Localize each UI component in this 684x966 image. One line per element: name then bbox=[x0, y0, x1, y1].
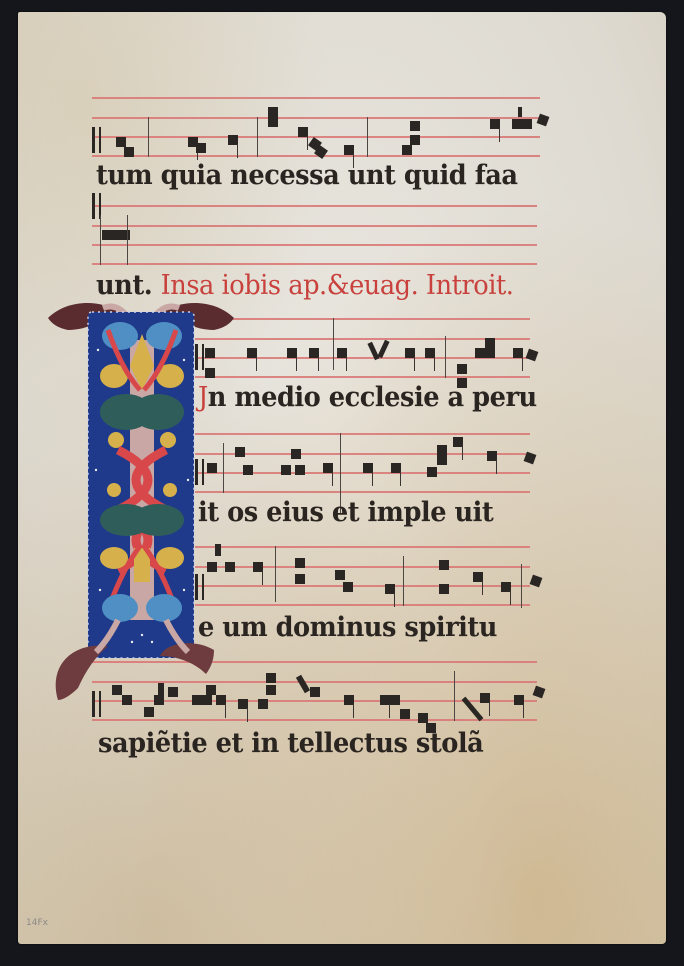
lyric-line-1: tum quia necessa unt quid faa bbox=[96, 160, 518, 191]
staff-3 bbox=[195, 318, 530, 378]
staff-5 bbox=[195, 546, 530, 606]
lyric-line-3: Jn medio ecclesie a peru bbox=[198, 382, 537, 413]
inventory-mark: 14Fx bbox=[26, 918, 48, 928]
staff-1 bbox=[92, 97, 540, 157]
staff-4 bbox=[195, 433, 530, 493]
lyric-line-5: e um dominus spiritu bbox=[198, 612, 497, 643]
lyric-line-4: it os eius et imple uit bbox=[198, 497, 493, 528]
staff-2 bbox=[92, 205, 537, 265]
lyric-text: n medio ecclesie a peru bbox=[208, 382, 537, 413]
lyric-line-6: sapiẽtie et in tellectus stolã bbox=[98, 728, 483, 759]
illuminated-initial-i bbox=[48, 290, 238, 710]
